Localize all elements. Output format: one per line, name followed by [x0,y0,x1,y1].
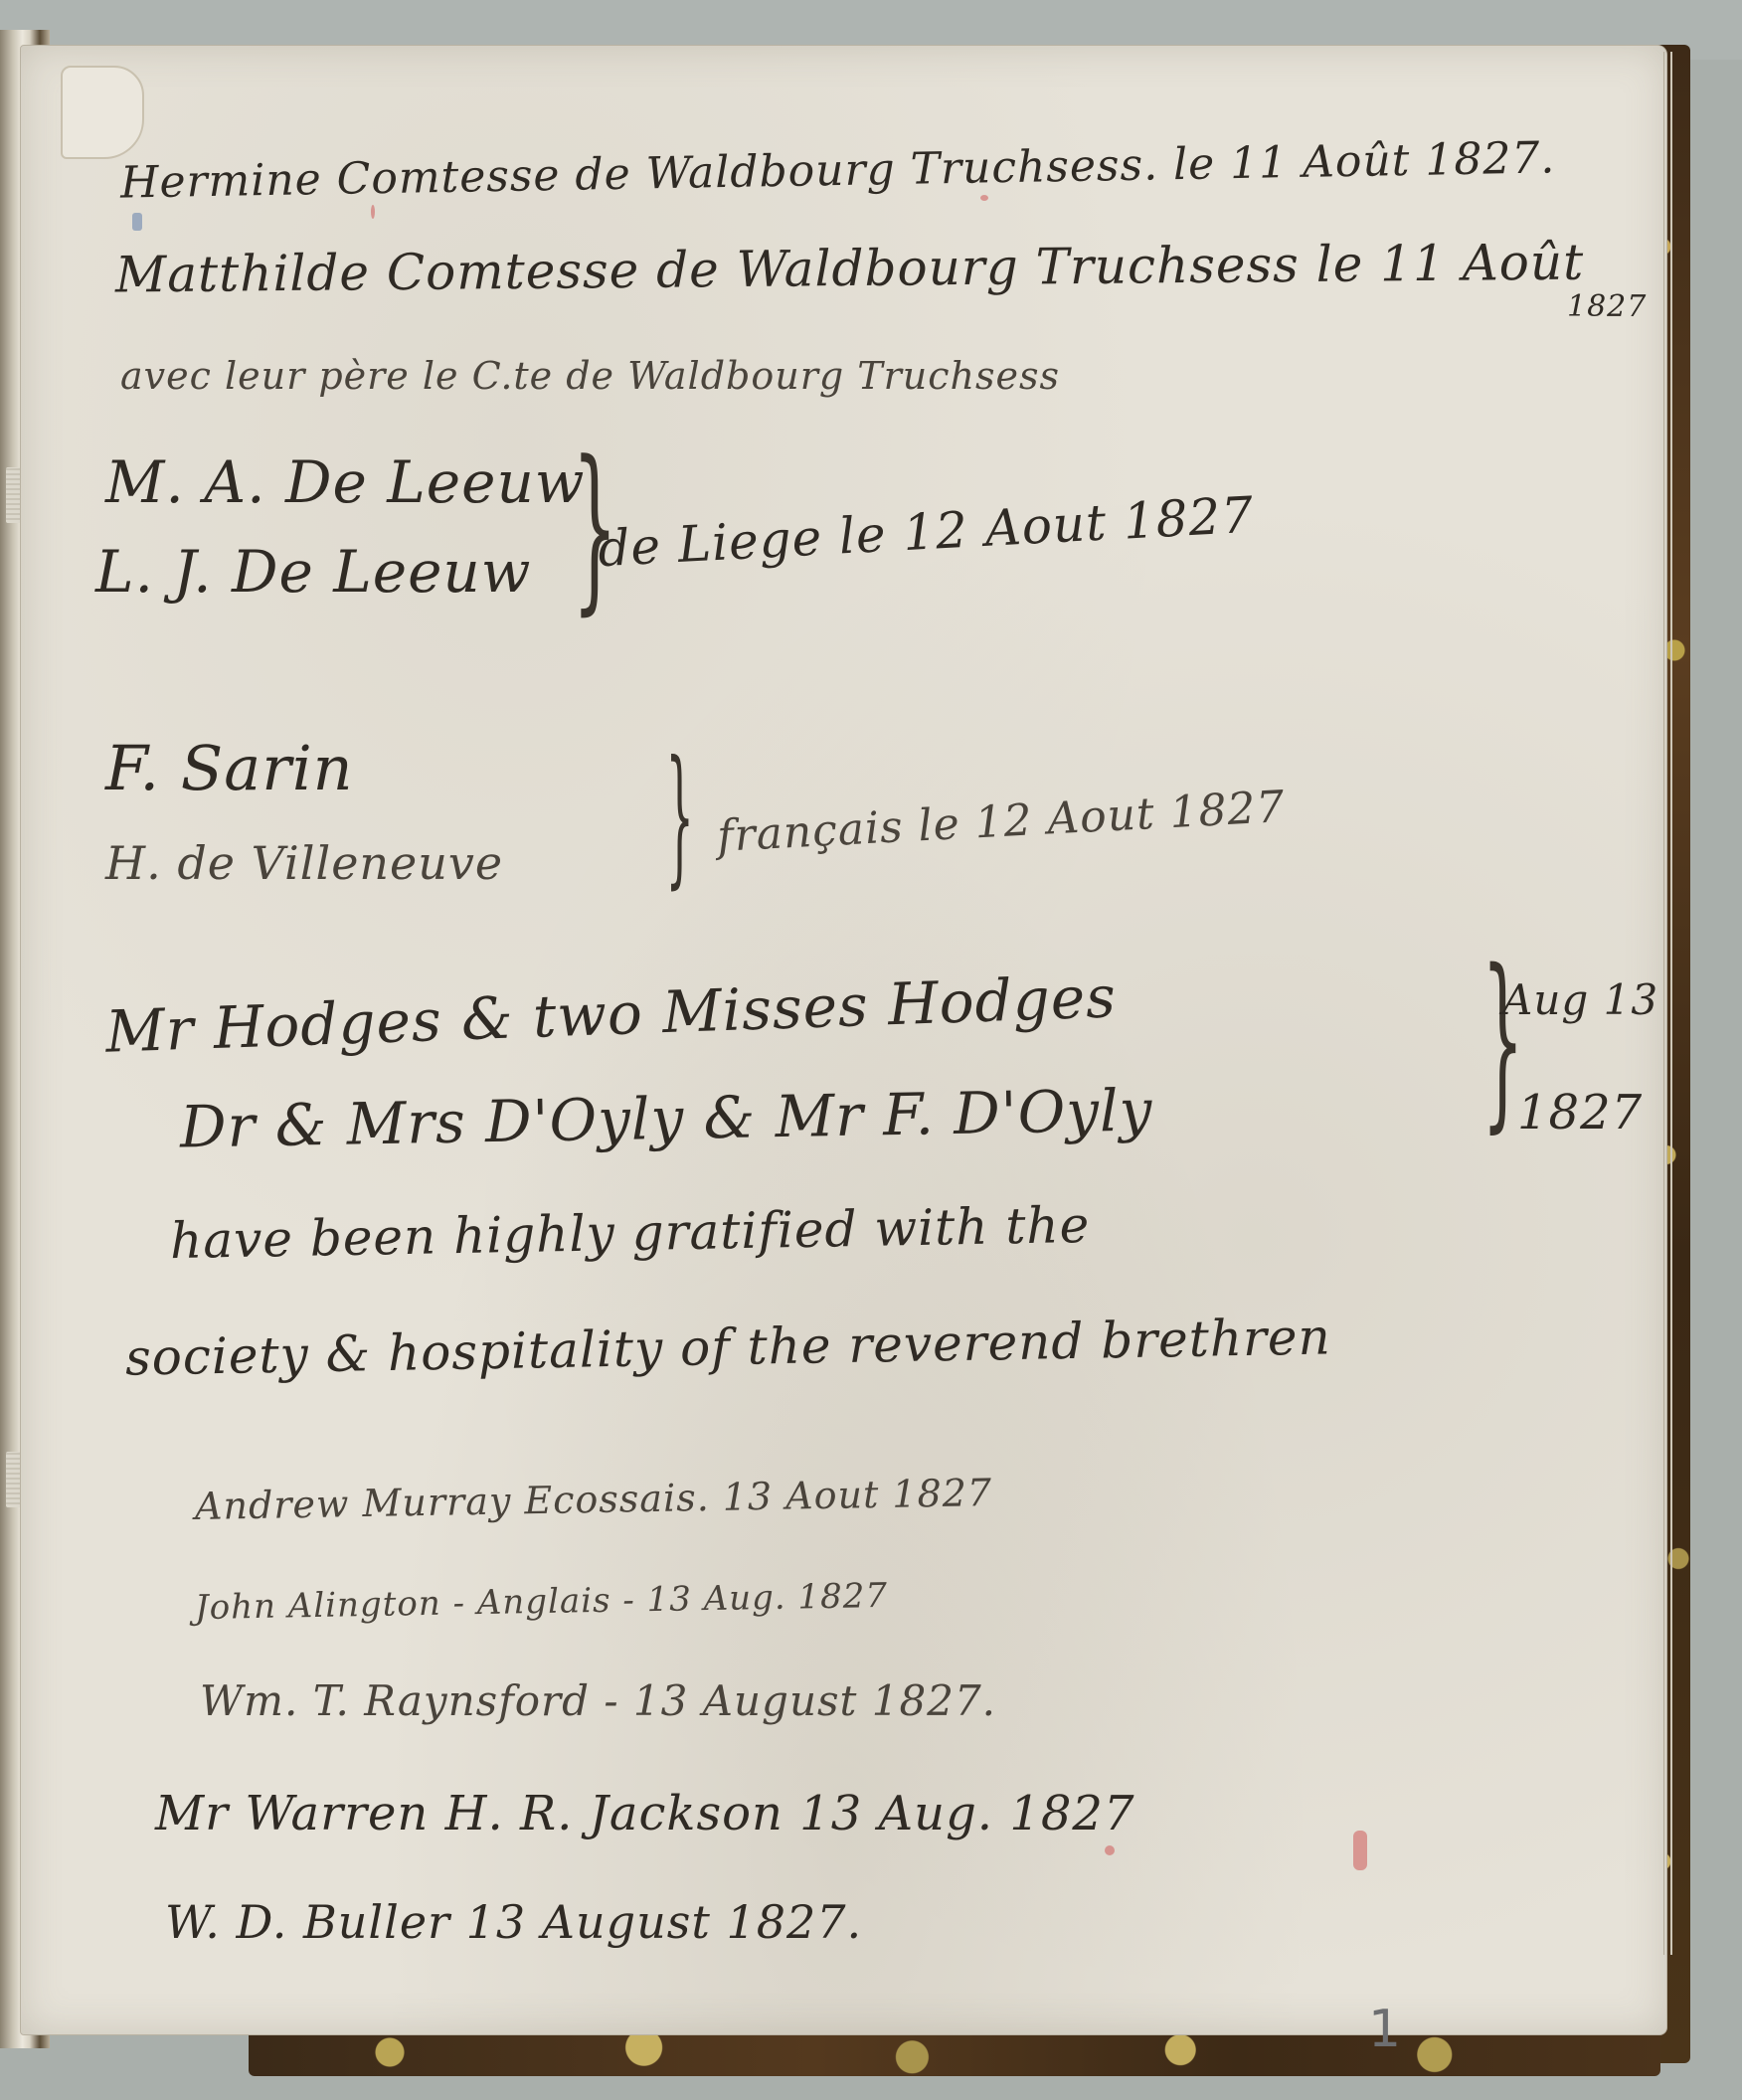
entry-john-alington: John Alington - Anglais - 13 Aug. 1827 [195,1576,889,1628]
entry-hodges-date-day: Aug 13 [1502,975,1658,1024]
entry-hermine: Hermine Comtesse de Waldbourg Truchsess.… [120,132,1556,208]
bracket-francais: } [665,742,694,891]
entry-buller: W. D. Buller 13 August 1827. [165,1895,862,1949]
entry-hodges-remark-2: society & hospitality of the reverend br… [125,1308,1332,1386]
paper-repair-patch [61,66,144,159]
entry-raynsford: Wm. T. Raynsford - 13 August 1827. [200,1676,996,1725]
entry-de-leeuw-2: L. J. De Leeuw [95,538,531,606]
entry-de-leeuw-1: M. A. De Leeuw [105,448,585,516]
entry-warren-jackson: Mr Warren H. R. Jackson 13 Aug. 1827 [155,1786,1134,1841]
entry-doyly: Dr & Mrs D'Oyly & Mr F. D'Oyly [179,1076,1152,1160]
entry-andrew-murray: Andrew Murray Ecossais. 13 Aout 1827 [195,1471,993,1528]
entry-hodges-date-year: 1827 [1517,1085,1643,1140]
entry-francais-date: français le 12 Aout 1827 [716,782,1287,862]
entry-hodges: Mr Hodges & two Misses Hodges [104,962,1118,1065]
entry-sarin: F. Sarin [105,732,354,804]
entry-waldbourg-father: avec leur père le C.te de Waldbourg Truc… [120,354,1060,398]
red-stain [1105,1845,1115,1855]
marbled-cover-edge-bottom [249,2028,1660,2076]
page-edges [1663,52,1672,1955]
library-stamp-mark [132,213,142,231]
entry-villeneuve: H. de Villeneuve [105,836,503,890]
entry-matthilde: Matthilde Comtesse de Waldbourg Truchses… [115,234,1585,304]
entry-hodges-remark-1: have been highly gratified with the [170,1196,1091,1270]
red-stain [1353,1831,1367,1870]
guestbook-page: Hermine Comtesse de Waldbourg Truchsess.… [20,45,1667,2035]
entry-matthilde-year: 1827 [1567,289,1647,324]
red-stain [371,205,375,219]
page-number: 1 [1368,2000,1401,2059]
red-stain [980,195,988,201]
entry-de-leeuw-origin-date: de Liege le 12 Aout 1827 [597,486,1256,578]
